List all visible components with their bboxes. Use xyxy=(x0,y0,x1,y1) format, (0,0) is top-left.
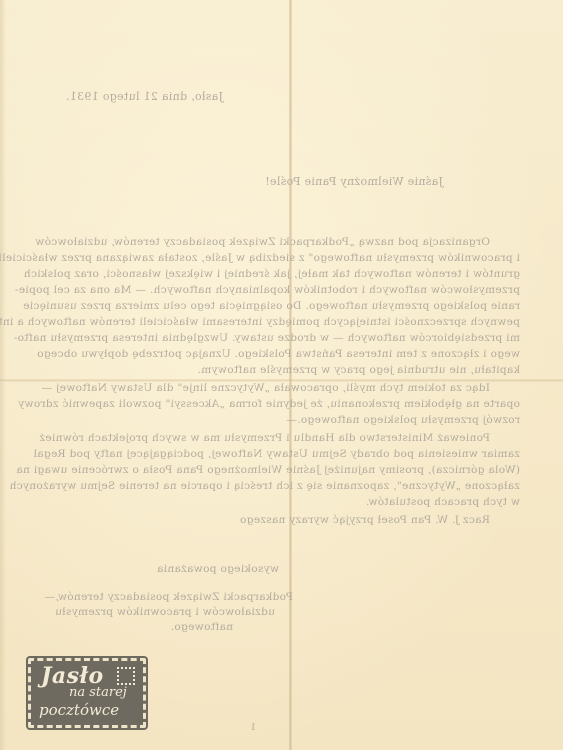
postage-stamp-icon xyxy=(117,667,135,685)
paragraph-3-line-2: zamiar wniesienia pod obrady Sejmu Ustaw… xyxy=(61,448,520,460)
watermark-line-2: na starej xyxy=(69,685,127,700)
paragraph-2-line-1: Idąc za tokiem tych myśli, opracowała „W… xyxy=(61,382,490,394)
paragraph-1-line-7: mi przedsiębiorców naftowych — w drodze … xyxy=(61,332,520,344)
signature-line-3: naftowego. xyxy=(171,621,233,633)
paragraph-3-line-1: Ponieważ Ministerstwo dla Handlu i Przem… xyxy=(61,432,490,444)
paragraph-1-line-3: gruntów i terenów naftowych tak małej, j… xyxy=(61,268,520,280)
paragraph-3-line-4: załączone „Wytyczne", zapoznanie się z i… xyxy=(61,480,520,492)
paragraph-1-line-5: ranie polskiego przemysłu naftowego. Do … xyxy=(61,300,520,312)
paragraph-1-line-9: kapitału, nie utrudnia jego pracy w prze… xyxy=(197,364,520,376)
paragraph-3-line-3: (Wola górnicza), prosimy najuniżej Jaśni… xyxy=(61,464,520,476)
paragraph-1-line-8: wego i złączone z tem interesa Państwa P… xyxy=(61,348,520,360)
closing-phrase: wysokiego poważania xyxy=(157,563,279,575)
paragraph-1-line-1: Organizacja pod nazwą „Podkarpacki Związ… xyxy=(61,236,520,248)
page-mark: 1 xyxy=(250,723,256,733)
watermark-line-3: pocztówce xyxy=(39,701,119,719)
watermark-stamp: Jasło na starej pocztówce xyxy=(28,658,146,728)
date-line: Jasło, dnia 21 lutego 1931. xyxy=(66,90,223,103)
salutation: Jaśnie Wielmożny Panie Pośle! xyxy=(265,175,443,188)
paragraph-2-line-2: oparte na głębokiem przekonaniu, że jedy… xyxy=(61,398,520,410)
paragraph-1-line-4: przemysłowców naftowych i robotników kop… xyxy=(61,284,520,296)
paragraph-1-line-2: i pracowników przemysłu naftowego" z sie… xyxy=(61,252,520,264)
paragraph-4-line-1: Racz J. W. Pan Poseł przyjąć wyrazy nasz… xyxy=(240,514,490,526)
paragraph-1-line-6: pewnych sprzeczności istniejących pomięd… xyxy=(61,316,520,328)
signature-line-1: Podkarpacki Związek posiadaczy terenów,— xyxy=(44,591,293,603)
paragraph-3-line-5: w tych pracach postulatów. xyxy=(366,496,520,508)
signature-line-2: udziałowców i pracowników przemysłu xyxy=(55,606,275,618)
paragraph-2-line-3: rozwój przemysłu polskiego naftowego.— xyxy=(286,414,520,426)
mirrored-letter-text: Jasło, dnia 21 lutego 1931. Jaśnie Wielm… xyxy=(0,0,563,750)
